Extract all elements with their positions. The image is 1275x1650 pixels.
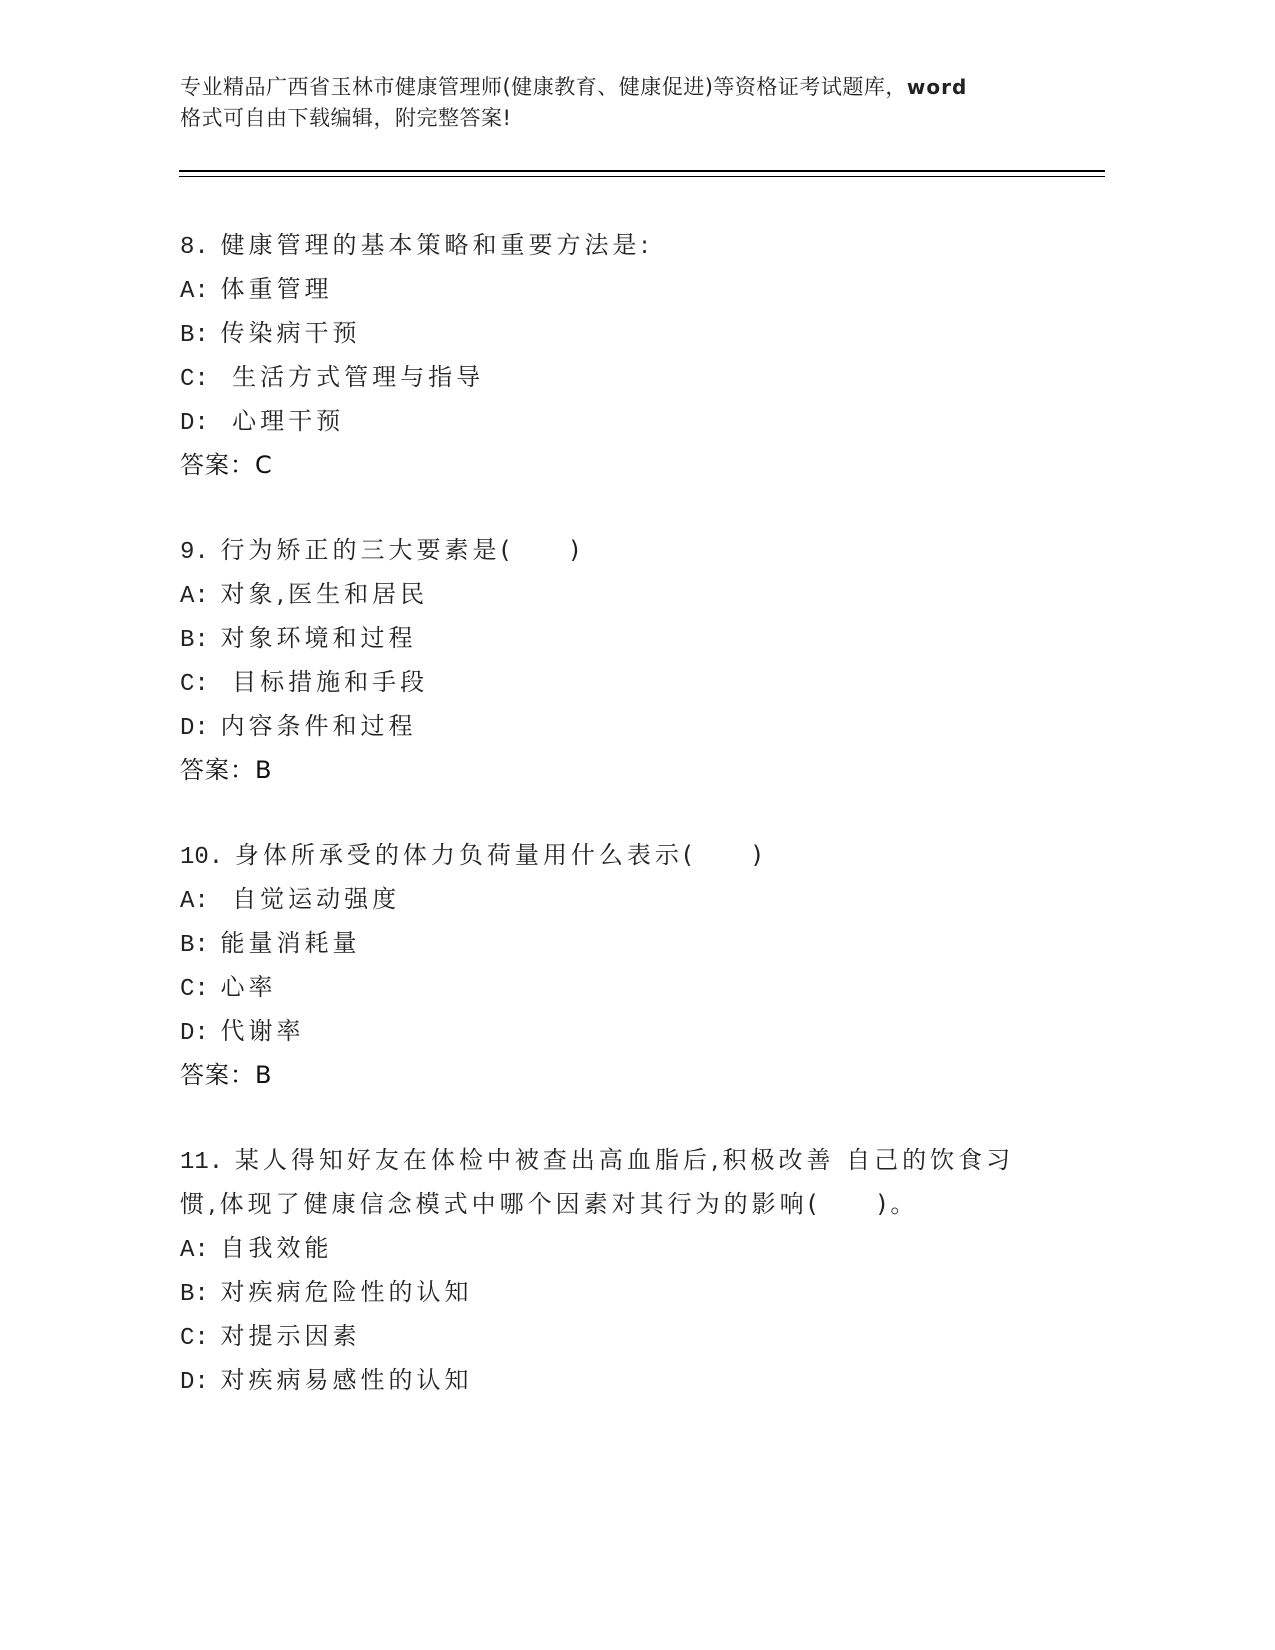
- option-text: 对象环境和过程: [220, 624, 416, 652]
- question-text: 某人得知好友在体检中被查出高血脂后,积极改善 自己的饮食习: [235, 1146, 1014, 1174]
- option-text: 自觉运动强度: [220, 885, 400, 913]
- option-d: D: 内容条件和过程: [180, 704, 1080, 748]
- option-text: 对提示因素: [220, 1322, 360, 1350]
- question-number: 10.: [180, 844, 223, 871]
- option-d: D: 代谢率: [180, 1009, 1080, 1053]
- question-stem-line-1: 11. 某人得知好友在体检中被查出高血脂后,积极改善 自己的饮食习: [180, 1138, 1080, 1182]
- option-label: A:: [180, 888, 209, 915]
- answer-label: 答案：: [180, 1061, 255, 1089]
- option-label: C:: [180, 671, 209, 698]
- option-label: B:: [180, 627, 209, 654]
- option-text: 生活方式管理与指导: [220, 363, 484, 391]
- option-text: 目标措施和手段: [220, 668, 428, 696]
- option-text: 心率: [220, 973, 276, 1001]
- question-stem: 10. 身体所承受的体力负荷量用什么表示( ): [180, 833, 1080, 877]
- answer-line: 答案：B: [180, 748, 1080, 792]
- option-label: C:: [180, 1325, 209, 1352]
- answer-label: 答案：: [180, 756, 255, 784]
- option-text: 对疾病易感性的认知: [220, 1366, 472, 1394]
- question-text: 身体所承受的体力负荷量用什么表示( ): [235, 841, 766, 869]
- option-text: 对象,医生和居民: [220, 580, 428, 608]
- option-label: D:: [180, 715, 209, 742]
- option-c: C: 生活方式管理与指导: [180, 355, 1080, 399]
- answer-label: 答案：: [180, 451, 255, 479]
- option-label: D:: [180, 410, 209, 437]
- question-number: 8.: [180, 234, 209, 261]
- option-label: C:: [180, 366, 209, 393]
- answer-value: C: [255, 451, 273, 479]
- answer-value: B: [255, 1061, 272, 1089]
- option-text: 对疾病危险性的认知: [220, 1278, 472, 1306]
- option-text: 心理干预: [220, 407, 344, 435]
- question-number: 9.: [180, 539, 209, 566]
- option-a: A: 体重管理: [180, 267, 1080, 311]
- option-label: B:: [180, 1281, 209, 1308]
- option-d: D: 对疾病易感性的认知: [180, 1358, 1080, 1402]
- option-d: D: 心理干预: [180, 399, 1080, 443]
- option-text: 体重管理: [220, 275, 332, 303]
- option-text: 能量消耗量: [220, 929, 360, 957]
- option-text: 传染病干预: [220, 319, 360, 347]
- document-header: 专业精品广西省玉林市健康管理师(健康教育、健康促进)等资格证考试题库，word …: [180, 72, 1060, 134]
- option-text: 代谢率: [220, 1017, 304, 1045]
- option-label: A:: [180, 278, 209, 305]
- answer-line: 答案：C: [180, 443, 1080, 487]
- option-a: A: 自觉运动强度: [180, 877, 1080, 921]
- header-word-text: word: [907, 75, 967, 99]
- document-page: 专业精品广西省玉林市健康管理师(健康教育、健康促进)等资格证考试题库，word …: [0, 0, 1275, 1650]
- question-stem: 9. 行为矫正的三大要素是( ): [180, 528, 1080, 572]
- option-a: A: 对象,医生和居民: [180, 572, 1080, 616]
- option-b: B: 对疾病危险性的认知: [180, 1270, 1080, 1314]
- question-number: 11.: [180, 1149, 223, 1176]
- question-stem: 8. 健康管理的基本策略和重要方法是:: [180, 223, 1080, 267]
- option-label: C:: [180, 976, 209, 1003]
- question-text: 行为矫正的三大要素是( ): [220, 536, 583, 564]
- option-b: B: 能量消耗量: [180, 921, 1080, 965]
- question-8: 8. 健康管理的基本策略和重要方法是: A: 体重管理 B: 传染病干预 C: …: [180, 223, 1080, 487]
- header-text: 专业精品广西省玉林市健康管理师(健康教育、健康促进)等资格证考试题库，: [180, 75, 907, 99]
- option-b: B: 传染病干预: [180, 311, 1080, 355]
- option-label: A:: [180, 583, 209, 610]
- header-double-rule: [179, 170, 1105, 177]
- option-c: C: 心率: [180, 965, 1080, 1009]
- option-label: B:: [180, 932, 209, 959]
- question-stem-line-2: 惯,体现了健康信念模式中哪个因素对其行为的影响( )。: [180, 1182, 1080, 1226]
- answer-value: B: [255, 756, 272, 784]
- option-a: A: 自我效能: [180, 1226, 1080, 1270]
- option-text: 自我效能: [220, 1234, 332, 1262]
- question-10: 10. 身体所承受的体力负荷量用什么表示( ) A: 自觉运动强度 B: 能量消…: [180, 833, 1080, 1097]
- header-line-2: 格式可自由下载编辑，附完整答案!: [180, 103, 1060, 134]
- option-c: C: 目标措施和手段: [180, 660, 1080, 704]
- question-9: 9. 行为矫正的三大要素是( ) A: 对象,医生和居民 B: 对象环境和过程 …: [180, 528, 1080, 792]
- question-text: 健康管理的基本策略和重要方法是:: [220, 231, 652, 259]
- option-label: B:: [180, 322, 209, 349]
- header-line-1: 专业精品广西省玉林市健康管理师(健康教育、健康促进)等资格证考试题库，word: [180, 72, 1060, 103]
- option-c: C: 对提示因素: [180, 1314, 1080, 1358]
- option-label: D:: [180, 1369, 209, 1396]
- answer-line: 答案：B: [180, 1053, 1080, 1097]
- option-label: A:: [180, 1237, 209, 1264]
- option-label: D:: [180, 1020, 209, 1047]
- option-text: 内容条件和过程: [220, 712, 416, 740]
- option-b: B: 对象环境和过程: [180, 616, 1080, 660]
- question-11: 11. 某人得知好友在体检中被查出高血脂后,积极改善 自己的饮食习 惯,体现了健…: [180, 1138, 1080, 1402]
